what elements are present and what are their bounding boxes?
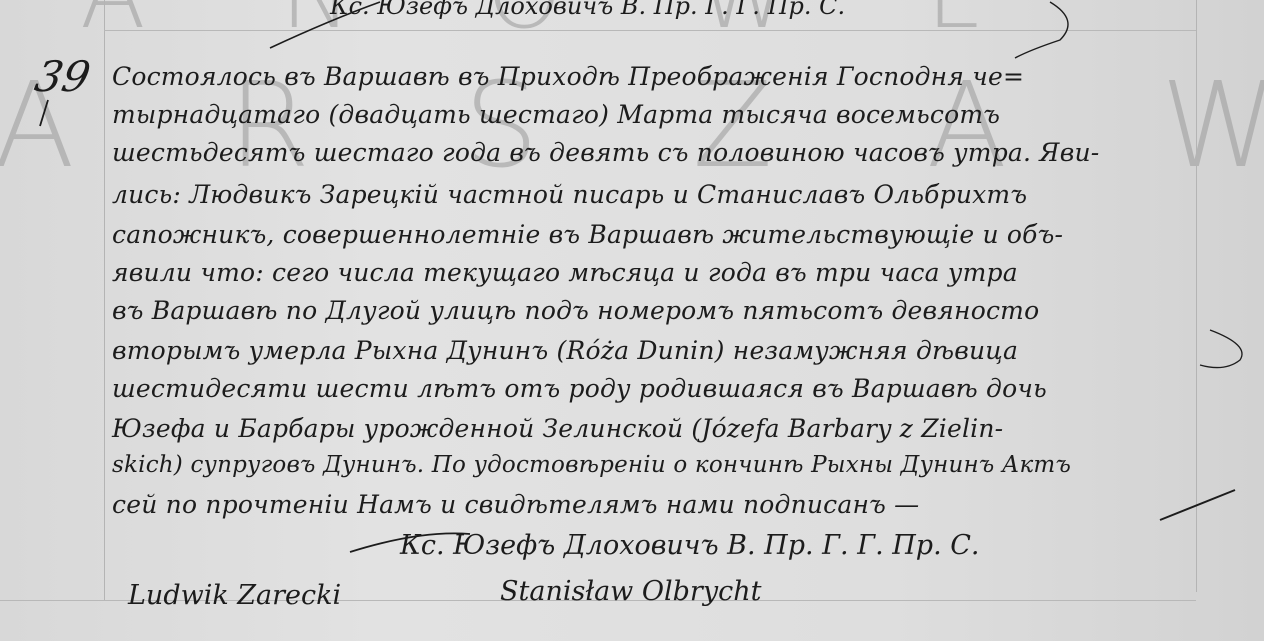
scanned-document-page: A N O W L A R S Z A W Y Кс. Юзефъ Длохов… — [0, 0, 1264, 641]
record-line-7: въ Варшавѣ по Длугой улицѣ подъ номеромъ… — [112, 296, 1039, 325]
record-line-6: явили что: сего числа текущаго мѣсяца и … — [112, 258, 1018, 287]
entry-number: 39 — [31, 52, 95, 101]
top-rule — [104, 30, 1196, 31]
header-signature-note: Кс. Юзефъ Длоховичъ В. Пр. Г. Г. Пр. С. — [330, 0, 845, 20]
witness-signature-zarecki: Ludwik Zarecki — [128, 580, 341, 611]
officiant-signature: Кс. Юзефъ Длоховичъ В. Пр. Г. Г. Пр. С. — [400, 530, 980, 561]
record-line-1: Состоялось въ Варшавѣ въ Приходѣ Преобра… — [112, 62, 1024, 91]
record-line-9: шестидесяти шести лѣтъ отъ роду родившая… — [112, 374, 1047, 403]
left-margin-rule — [104, 0, 105, 600]
record-line-5: сапожникъ, совершеннолетніе въ Варшавѣ ж… — [112, 220, 1063, 249]
record-line-4: лись: Людвикъ Зарецкій частной писарь и … — [112, 180, 1027, 209]
record-line-11: skich) супруговъ Дунинъ. По удостовѣрені… — [112, 452, 1071, 478]
record-line-2: тырнадцатаго (двадцать шестаго) Марта ты… — [112, 100, 1000, 129]
record-line-12: сей по прочтеніи Намъ и свидѣтелямъ нами… — [112, 490, 919, 519]
record-line-10: Юзефа и Барбары урожденной Зелинской (Jó… — [112, 414, 1003, 443]
record-line-3: шестьдесятъ шестаго года въ девять съ по… — [112, 138, 1099, 167]
record-line-8: вторымъ умерла Рыхна Дунинъ (Róża Dunin)… — [112, 336, 1018, 365]
witness-signature-olbrycht: Stanisław Olbrycht — [500, 576, 761, 607]
right-margin-rule — [1196, 0, 1197, 592]
